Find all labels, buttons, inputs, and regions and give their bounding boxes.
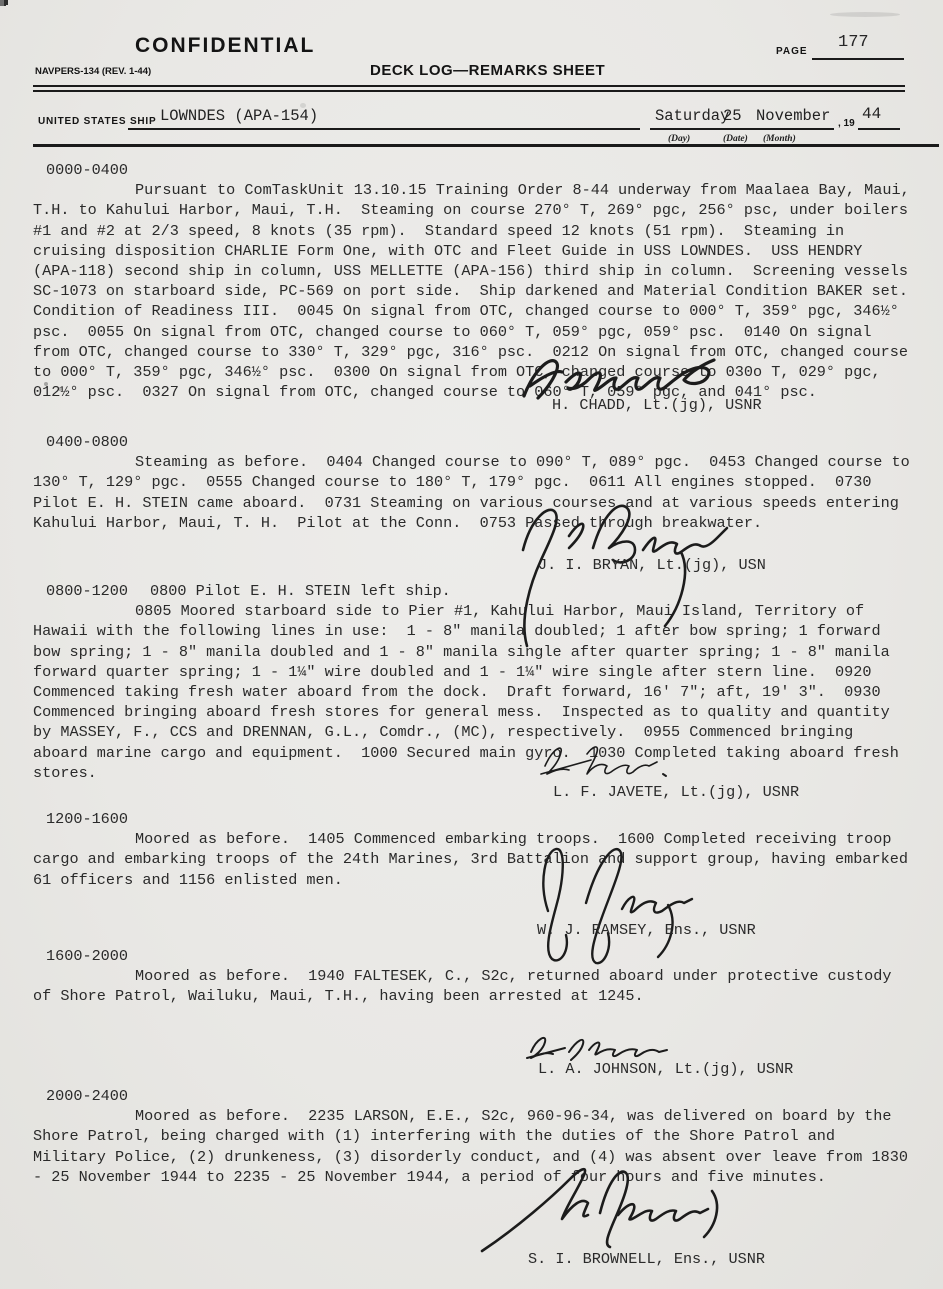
page-number: 177 [838,33,869,52]
entry-text: Moored as before. 2235 LARSON, E.E., S2c… [33,1106,911,1187]
time-range-text: 0800-1200 [46,582,128,600]
entry-text: Pursuant to ComTaskUnit 13.10.15 Trainin… [33,180,911,402]
entry-time-range: 0400-0800 [46,432,911,452]
time-range-text: 0400-0800 [46,433,128,451]
date-caption: (Date) [723,134,748,144]
log-entry-1200-1600: 1200-1600 Moored as before. 1405 Commenc… [33,809,911,890]
time-range-text: 1600-2000 [46,947,128,965]
entry-time-range: 0800-12000800 Pilot E. H. STEIN left shi… [46,581,911,601]
signer-name: H. CHADD, Lt.(jg), USNR [552,396,762,414]
deck-log-page: CONFIDENTIAL PAGE 177 NAVPERS-134 (REV. … [0,0,943,1289]
double-rule-top [33,85,905,87]
entry-text: Moored as before. 1405 Commenced embarki… [33,829,911,890]
ship-name: LOWNDES (APA-154) [160,107,318,125]
entry-time-range: 1600-2000 [46,946,911,966]
signer-name: S. I. BROWNELL, Ens., USNR [528,1250,765,1268]
entry-header-note: 0800 Pilot E. H. STEIN left ship. [150,582,451,600]
classification-stamp: CONFIDENTIAL [135,34,315,58]
date-month: November [756,107,830,125]
signer-name: L. A. JOHNSON, Lt.(jg), USNR [538,1060,793,1078]
time-range-text: 1200-1600 [46,810,128,828]
log-entry-0800-1200: 0800-12000800 Pilot E. H. STEIN left shi… [33,581,911,783]
entry-text: Moored as before. 1940 FALTESEK, C., S2c… [33,966,911,1006]
scan-artifact [0,0,4,6]
signer-name: L. F. JAVETE, Lt.(jg), USNR [553,783,799,801]
time-range-text: 2000-2400 [46,1087,128,1105]
signer-name: J. I. BRYAN, Lt.(jg), USN [538,556,766,574]
time-range-text: 0000-0400 [46,161,128,179]
year-underline [858,128,900,130]
header-rule [33,144,939,147]
entry-time-range: 1200-1600 [46,809,911,829]
date-date: 25 [723,107,742,125]
log-entry-0000-0400: 0000-0400 Pursuant to ComTaskUnit 13.10.… [33,160,911,402]
double-rule-bottom [33,90,905,92]
page-label: PAGE [776,46,808,57]
date-day: Saturday [655,107,729,125]
log-entry-1600-2000: 1600-2000 Moored as before. 1940 FALTESE… [33,946,911,1007]
entry-text: Steaming as before. 0404 Changed course … [33,452,911,533]
form-number: NAVPERS-134 (REV. 1-44) [35,66,151,77]
signer-name: W. J. RAMSEY, Ens., USNR [537,921,756,939]
entry-text: 0805 Moored starboard side to Pier #1, K… [33,601,911,783]
year-prefix: , 19 [838,118,855,129]
year-value: 44 [862,105,881,123]
log-entry-0400-0800: 0400-0800 Steaming as before. 0404 Chang… [33,432,911,533]
day-caption: (Day) [668,134,690,144]
sheet-title: DECK LOG—REMARKS SHEET [370,62,605,79]
entry-time-range: 0000-0400 [46,160,911,180]
entry-time-range: 2000-2400 [46,1086,911,1106]
month-caption: (Month) [763,134,796,144]
page-number-underline [812,58,904,60]
log-entry-2000-2400: 2000-2400 Moored as before. 2235 LARSON,… [33,1086,911,1187]
scan-smudge [830,12,900,17]
